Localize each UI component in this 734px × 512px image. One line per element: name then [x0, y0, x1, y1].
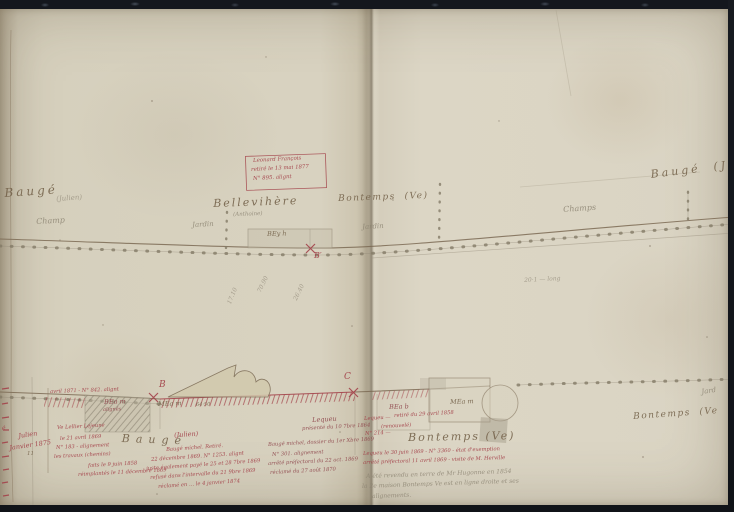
parcel-champs-right: Champs [563, 204, 596, 214]
territory-bauge-lower-owner: (Julien) [174, 431, 198, 439]
plan-atlas-photo: Baugé(Julien)ChampJardinBellevihère(Anth… [0, 0, 734, 512]
territory-bontemps-right: Bontemps (Ve [633, 407, 719, 422]
note-bauge-michel-5: réclamé en … le 4 janvier 1874 [158, 479, 240, 490]
survey-note-line1: Leonard François [253, 156, 301, 164]
parcel-jardin-right: Jard [701, 387, 717, 396]
point-label-b: B [159, 381, 166, 390]
point-label-c: C [344, 373, 351, 382]
label-layer: Baugé(Julien)ChampJardinBellevihère(Anth… [0, 0, 734, 512]
parcel-id-upper: BEy h [267, 230, 287, 237]
territory-bellevihere: Bellevihère [213, 195, 299, 209]
parcel-jardin-left: Jardin [192, 221, 214, 229]
note-avril-1871: avril 1871 - N° 842. alignt [50, 388, 119, 396]
note-lequeu-left-date: présenté du 10 7bre 1864 [302, 423, 371, 432]
note-pencil-3: alignements. [372, 493, 411, 500]
parcel-id-bea-m: BEa m [104, 398, 126, 405]
parcel-id-mea-m-left: MEa m [158, 400, 182, 407]
note-lellier-1: Ve Lellier Lejeune [57, 424, 105, 432]
territory-bontemps-lower: Bontemps (Ve) [408, 430, 516, 443]
territory-bauge-upper-left-owner: (Julien) [56, 194, 82, 203]
parcel-champ-left: Champ [36, 216, 65, 225]
survey-note-line2: retiré le 13 mai 1877 [251, 165, 309, 173]
note-pencil-2: la 2e maison Bontemps Ve est en ligne dr… [362, 479, 519, 490]
territory-bauge-upper-left: Baugé [4, 183, 58, 199]
measure-17-10: 17.10 [227, 287, 239, 305]
parcel-id-mea-m-right: MEa m [450, 398, 474, 405]
parcel-id-bea-m-sub: alignés [103, 407, 121, 413]
note-lequeu-right-2: retiré du 29 avril 1858 [394, 411, 454, 419]
measure-70-90: 70.90 [257, 276, 270, 294]
margin-mark-e: é [2, 426, 6, 432]
note-dossier-1: Baugé michel, dossier du 1er Xbre 1869 [268, 437, 374, 448]
parcel-jardin-middle: Jardin [362, 223, 384, 231]
territory-bellevihere-owner: (Anthoine) [233, 212, 263, 219]
measure-26-40: 26.40 [293, 284, 306, 302]
survey-note-line3: N° 895. alignt [253, 175, 292, 182]
note-lequeu-right-1: Lequeu — [364, 416, 391, 423]
note-lellier-4: les travaux (chemins) [54, 452, 111, 460]
note-dossier-3: arrêté préfectoral du 22 oct. 1869 [268, 457, 358, 467]
note-dossier-2: N° 301. alignement [272, 450, 324, 458]
photo-background-bottom [0, 505, 734, 512]
measure-64-50: 64·50 [196, 402, 210, 407]
note-lellier-2: le 21 avril 1869 [60, 435, 102, 442]
photo-background-right [728, 0, 734, 512]
parcel-id-bea-b: BEa b [389, 403, 409, 410]
note-lellier-3: N° 183 - alignement [56, 443, 109, 451]
note-lequeu-right-4: N° 214 — [365, 431, 391, 438]
measure-20-1-long: 20·1 — long [524, 276, 561, 284]
note-lequeu-left: Lequeu [312, 416, 337, 424]
note-dossier-4: réclamé du 27 août 1870 [270, 468, 336, 477]
note-lellier-5: faits le 9 juin 1858 [88, 461, 137, 469]
note-exemption-2: arrêté préfectoral 11 avril 1869 - visit… [363, 456, 505, 466]
point-label-b-prime: B′ [314, 252, 322, 260]
territory-bauge-upper-right: Baugé (Ju [650, 158, 734, 180]
territory-bontemps-upper: Bontemps (Ve) [338, 192, 429, 204]
note-julien: Julien [18, 430, 38, 439]
photo-background-top [0, 0, 734, 9]
note-julien-date: Janvier 1875 [9, 439, 51, 451]
margin-mark-11: 11 [27, 452, 34, 458]
